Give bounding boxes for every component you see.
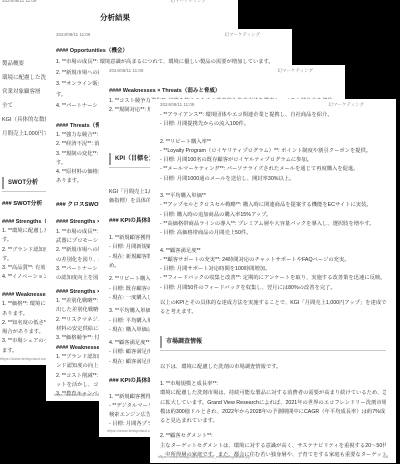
- spacer: [160, 184, 386, 192]
- text-line: 2. **リピート購入率**: [160, 138, 386, 147]
- spacer: [160, 130, 386, 138]
- heading-level4: #### Opportunities（機会）: [56, 47, 282, 57]
- text-line: - 目標: 月間100名の既存顧客がロイヤルティプログラムに参加。: [160, 156, 386, 165]
- text-line: - 目標: 月間50件のフィードバックを収集し、翌月には80%の改善を完了。: [160, 284, 386, 293]
- text-line: 3. **平均購入単価**: [160, 192, 386, 201]
- print-preview-canvas: 2024/08/11 11:09 幻マーケティング 分析結果製品概要環境に配慮し…: [0, 0, 400, 464]
- text-line: 以下は、環境に配慮した洗剤の市場調査情報です。: [160, 363, 386, 372]
- page-content: - **アライアンス**: 環境団体やエコ関連企業と提携し、自社商品を紹介。- …: [150, 99, 396, 460]
- spacer: [160, 353, 386, 363]
- text-line: - **アライアンス**: 環境団体やエコ関連企業と提携し、自社商品を紹介。: [160, 111, 386, 120]
- text-line: - **アップセルとクロスセル戦略**: 購入時に関連商品を提案する機能をECサ…: [160, 201, 386, 210]
- text-line: - 目標: 月間サポート対応時間を100時間増加。: [160, 265, 386, 274]
- print-footer: https://www.tenkpoisut.com/mix_marketing…: [158, 454, 388, 459]
- text-line: ると考えます。: [160, 308, 386, 317]
- spacer: [160, 372, 386, 380]
- spacer: [160, 239, 386, 247]
- text-line: - **高価格帯商品ラインの導入**: プレミアム層や大容量パックを導入し、選択…: [160, 220, 386, 229]
- text-line: 主なターゲットセグメントは、環境に対する意識が高く、サステナビリティを重視する2…: [160, 442, 386, 451]
- text-line: - **メールマーケティング**: パーソナライズされたメールを通じて再度購入を…: [160, 165, 386, 174]
- text-line: に拡大しています。Grand View Researchによれば、2021年の世…: [160, 399, 386, 408]
- printed-page-4: 2024/08/11 11:09 幻マーケティング - **アライアンス**: …: [150, 99, 396, 463]
- footer-page-number: 4/8: [382, 454, 388, 459]
- text-line: 環境に配慮した洗剤市場は、持続可能な製品に対する消費者の需要が高まり続けているた…: [160, 389, 386, 398]
- text-line: - 目標: 購入時の追加商品の購入率15%アップ。: [160, 211, 386, 220]
- text-line: 模は約300億ドルとされ、2022年から2028年の予測期間中にCAGR（年平均…: [160, 408, 386, 417]
- text-line: - **フィードバックの収集と改善**: 定期的にアンケートを取り、実施する改善…: [160, 274, 386, 283]
- text-line: - 目標: 高価格帯商品の月間売上50件。: [160, 229, 386, 238]
- text-line: - **顧客サポートの充実**: 24時間対応のチャットサポートやFAQページの…: [160, 256, 386, 265]
- text-line: 以上のKPIとその具体的な達成方法を実施することで、KGI「月間売上1,000円…: [160, 299, 386, 308]
- text-line: - 目標: 月間提携先からの流入100件。: [160, 120, 386, 129]
- document-title: 分析結果: [2, 13, 228, 23]
- text-line: 1. **市場規模と成長率**:: [160, 380, 386, 389]
- spacer: [160, 318, 386, 336]
- footer-url: https://www.tenkpoisut.com/mix_marketing…: [158, 454, 250, 459]
- section-box-heading: 市場調査情報: [160, 336, 386, 348]
- text-line: 2. **顧客セグメント**:: [160, 432, 386, 441]
- text-line: - **Loyalty Program（ロイヤリティプログラム）**: ポイント…: [160, 147, 386, 156]
- heading-level4: #### Weaknesses × Threats（弱みと脅威）: [109, 87, 335, 97]
- text-line: ると見込まれています。: [160, 417, 386, 426]
- text-line: 4. **顧客満足度**: [160, 247, 386, 256]
- section-divider: [160, 350, 386, 351]
- text-line: - 目標: 月間1000通のメールを送信し、開封率30%以上。: [160, 175, 386, 184]
